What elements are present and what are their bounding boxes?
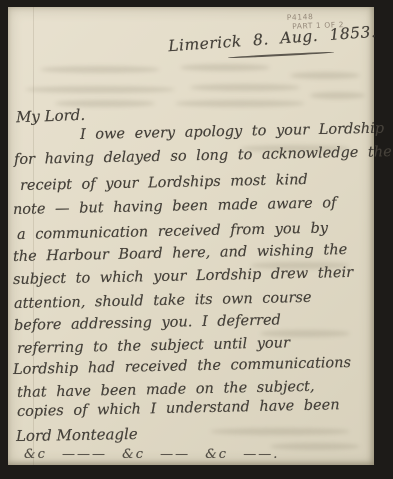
bleedthrough-mark <box>175 100 305 107</box>
bleedthrough-mark <box>210 428 350 435</box>
letter-scan: P4148 PART 1 OF 2 Limerick 8. Aug. 1853.… <box>0 0 393 479</box>
letter-salutation: My Lord. <box>16 106 86 126</box>
letter-addressee: Lord Monteagle <box>16 425 138 445</box>
bleedthrough-mark <box>270 443 360 450</box>
bleedthrough-mark <box>290 72 360 79</box>
bleedthrough-mark <box>190 84 300 91</box>
bleedthrough-mark <box>40 66 160 73</box>
bleedthrough-mark <box>180 64 270 71</box>
bleedthrough-mark <box>25 86 175 93</box>
etcetera-line: &c ——— &c —— &c ——. <box>24 447 279 462</box>
bleedthrough-mark <box>310 92 365 99</box>
